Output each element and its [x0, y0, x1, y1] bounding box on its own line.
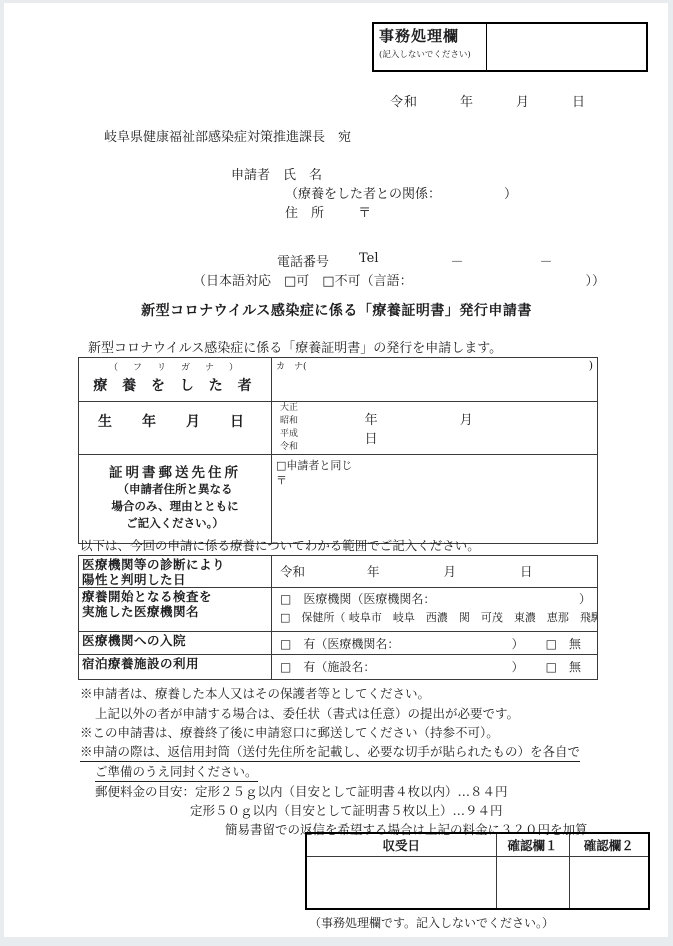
admin-box-label-cell: 事務処理欄 (記入しないでください): [374, 24, 487, 70]
page-edge-left: [0, 0, 4, 946]
admin-box-title: 事務処理欄: [379, 27, 482, 45]
test-facility-label-cell: 療養開始となる検査を 実施した医療機関名: [79, 588, 272, 632]
positive-date-row: 医療機関等の診断により 陽性と判明した日 令和 年 月 日: [79, 556, 598, 588]
same-as-applicant-checkbox: □申請者と同じ: [276, 458, 593, 473]
test-facility-label-2: 実施した医療機関名: [82, 604, 269, 619]
birthdate-label: 生 年 月 日: [79, 402, 271, 431]
era-reiwa-label: 令和: [280, 562, 305, 580]
month-label: 月: [460, 413, 473, 428]
patient-label: 療 養 を し た 者: [79, 375, 271, 395]
section-note: 以下は、今回の申請に係る療養についてわかる範囲でご記入ください。: [80, 536, 480, 554]
address-label: 住 所: [285, 206, 324, 221]
mailing-label-sub-2: 場合のみ、理由とともに: [79, 498, 271, 515]
note-line-2: 上記以外の者が申請する場合は、委任状（書式は任意）の提出が必要です。: [95, 704, 519, 722]
birthdate-label-cell: 生 年 月 日: [79, 402, 272, 455]
addressee-line: 岐阜県健康福祉部感染症対策推進課長 宛: [104, 126, 351, 145]
note-line-7: 定形５０ｇ以内（目安として証明書５枚以上）…９４円: [190, 801, 503, 819]
page-edge-bottom: [0, 937, 673, 946]
birthdate-field: 大正 昭和 平成 令和 年 月 日: [272, 402, 598, 455]
day-label: 日: [365, 432, 378, 447]
hospitalization-no-checkbox: □ 無: [546, 635, 581, 652]
lodging-label: 宿泊療養施設の利用: [82, 656, 269, 671]
admin-box-entry-area: [487, 24, 646, 70]
positive-date-field: 令和 年 月 日: [272, 556, 598, 588]
era-line-1: 大正 昭和: [280, 402, 325, 428]
intro-line: 新型コロナウイルス感染症に係る「療養証明書」の発行を申請します。: [88, 337, 502, 356]
phone-dash-2: －: [540, 251, 553, 270]
year-month-day: 年 月 日: [365, 409, 597, 447]
mailing-address-value-area: □申請者と同じ 〒: [272, 455, 597, 491]
relation-prefix: （療養をした者との関係：: [285, 183, 441, 202]
kana-prefix: カ ナ(: [276, 359, 307, 372]
receipt-date-header: 収受日: [306, 833, 496, 856]
lodging-label-cell: 宿泊療養施設の利用: [79, 655, 272, 680]
mailing-postal-mark: 〒: [276, 473, 593, 488]
confirm-1-header: 確認欄１: [496, 833, 569, 856]
patient-info-table: （ フ リ ガ ナ ） 療 養 を し た 者 カ ナ( ) 生 年 月 日 大…: [78, 357, 598, 544]
day-label: 日: [520, 562, 533, 580]
applicant-name-line: 申請者 氏 名: [231, 164, 322, 183]
birthdate-row: 生 年 月 日 大正 昭和 平成 令和 年 月 日: [79, 402, 598, 455]
hospitalization-close-paren: ）: [512, 635, 524, 652]
furigana-label: （ フ リ ガ ナ ）: [79, 360, 271, 373]
page-edge-top: [0, 0, 673, 3]
hospitalization-yes-checkbox: □ 有（医療機関名：: [280, 635, 399, 652]
phone-dash-1: －: [451, 251, 464, 270]
kana-close-paren: ): [589, 359, 593, 372]
month-label: 月: [444, 562, 457, 580]
form-title: 新型コロナウイルス感染症に係る「療養証明書」発行申請書: [0, 300, 673, 320]
lodging-facility-row: 宿泊療養施設の利用 □ 有（施設名： ） □ 無: [79, 655, 598, 680]
lodging-options: □ 有（施設名： ） □ 無: [272, 655, 597, 675]
language-close-paren: ））: [585, 270, 605, 289]
patient-label-cell: （ フ リ ガ ナ ） 療 養 を し た 者: [79, 358, 272, 402]
admin-box-note: (記入しないでください): [379, 48, 482, 60]
hospitalization-options: □ 有（医療機関名： ） □ 無: [272, 632, 597, 652]
mailing-label: 証明書郵送先住所: [79, 461, 271, 481]
year-label: 年: [367, 562, 380, 580]
positive-date-label-1: 医療機関等の診断により: [82, 557, 269, 572]
note-line-5: ご準備のうえ同封ください。: [95, 762, 258, 782]
health-center-option: □ 保健所（ 岐阜市 岐阜 西濃 関 可茂 東濃 恵那 飛騨 他（ ） ）: [272, 607, 597, 626]
mailing-address-field: □申請者と同じ 〒: [272, 455, 598, 544]
note-line-1: ※申請者は、療養した本人又はその保護者等としてください。: [80, 684, 430, 702]
lodging-yes-checkbox: □ 有（施設名：: [280, 658, 375, 675]
hospitalization-label: 医療機関への入院: [82, 633, 269, 648]
hospitalization-label-cell: 医療機関への入院: [79, 632, 272, 655]
lodging-close-paren: ）: [512, 658, 524, 675]
confirm-2-cell: [569, 856, 649, 909]
applicant-address-line: 住 所 〒: [285, 202, 371, 221]
language-support-line: （日本語対応 □可 □不可（言語： ））: [193, 270, 605, 289]
mailing-address-row: 証明書郵送先住所 （申請者住所と異なる 場合のみ、理由とともに ご記入ください。…: [79, 455, 598, 544]
era-options: 大正 昭和 平成 令和: [280, 402, 325, 454]
applicant-phone-line: 電話番号 Tel － －: [277, 251, 553, 270]
care-info-table: 医療機関等の診断により 陽性と判明した日 令和 年 月 日 療養開始となる検査を…: [78, 555, 598, 680]
confirm-2-header: 確認欄２: [569, 833, 649, 856]
note-line-4: ※申請の際は、返信用封筒（送付先住所を記載し、必要な切手が貼られたもの）を各自で: [80, 742, 580, 762]
kana-field: カ ナ( ): [272, 358, 597, 372]
era-line-2: 平成 令和: [280, 428, 325, 454]
mailing-label-sub-1: （申請者住所と異なる: [79, 481, 271, 498]
postal-mark: 〒: [358, 206, 371, 221]
test-facility-field: □ 医療機関（医療機関名： ） □ 保健所（ 岐阜市 岐阜 西濃 関 可茂 東濃…: [272, 588, 598, 632]
birthdate-value-area: 大正 昭和 平成 令和 年 月 日: [272, 402, 597, 454]
medical-institution-checkbox: □ 医療機関（医療機関名：: [280, 590, 435, 607]
footer-note: （事務処理欄です。記入しないでください。）: [309, 914, 554, 931]
test-facility-row: 療養開始となる検査を 実施した医療機関名 □ 医療機関（医療機関名： ） □ 保…: [79, 588, 598, 632]
year-label: 年: [365, 413, 378, 428]
patient-name-row: （ フ リ ガ ナ ） 療 養 を し た 者 カ ナ( ): [79, 358, 598, 402]
applicant-relation-line: （療養をした者との関係： ）: [285, 183, 517, 202]
patient-name-field: カ ナ( ): [272, 358, 598, 402]
relation-close-paren: ）: [504, 183, 517, 202]
positive-date-label-cell: 医療機関等の診断により 陽性と判明した日: [79, 556, 272, 588]
language-prefix: （日本語対応 □可 □不可（言語：: [193, 270, 413, 289]
confirm-1-cell: [496, 856, 569, 909]
receipt-date-cell: [306, 856, 496, 909]
hospitalization-field: □ 有（医療機関名： ） □ 無: [272, 632, 598, 655]
positive-date-label-2: 陽性と判明した日: [82, 572, 269, 587]
hospitalization-row: 医療機関への入院 □ 有（医療機関名： ） □ 無: [79, 632, 598, 655]
receipt-table: 収受日 確認欄１ 確認欄２: [305, 832, 650, 910]
test-facility-label-1: 療養開始となる検査を: [82, 589, 269, 604]
tel-label: Tel: [359, 251, 379, 270]
note-line-6: 郵便料金の目安：定形２５ｇ以内（目安として証明書４枚以内）…８４円: [95, 782, 508, 800]
lodging-field: □ 有（施設名： ） □ 無: [272, 655, 598, 680]
date-line: 令和 年 月 日: [390, 91, 586, 110]
admin-processing-box: 事務処理欄 (記入しないでください): [372, 22, 648, 72]
mailing-label-cell: 証明書郵送先住所 （申請者住所と異なる 場合のみ、理由とともに ご記入ください。…: [79, 455, 272, 544]
lodging-no-checkbox: □ 無: [546, 658, 581, 675]
medical-institution-close-paren: ）: [579, 590, 591, 607]
phone-label: 電話番号: [277, 251, 329, 270]
note-line-3: ※この申請書は、療養終了後に申請窓口に郵送してください（持参不可）。: [80, 723, 499, 741]
medical-institution-option: □ 医療機関（医療機関名： ）: [272, 588, 597, 607]
receipt-entry-row: [306, 856, 649, 909]
mailing-label-sub-3: ご記入ください。）: [79, 515, 271, 532]
page-edge-right: [668, 0, 673, 946]
positive-date-value: 令和 年 月 日: [272, 556, 597, 580]
receipt-header-row: 収受日 確認欄１ 確認欄２: [306, 833, 649, 856]
